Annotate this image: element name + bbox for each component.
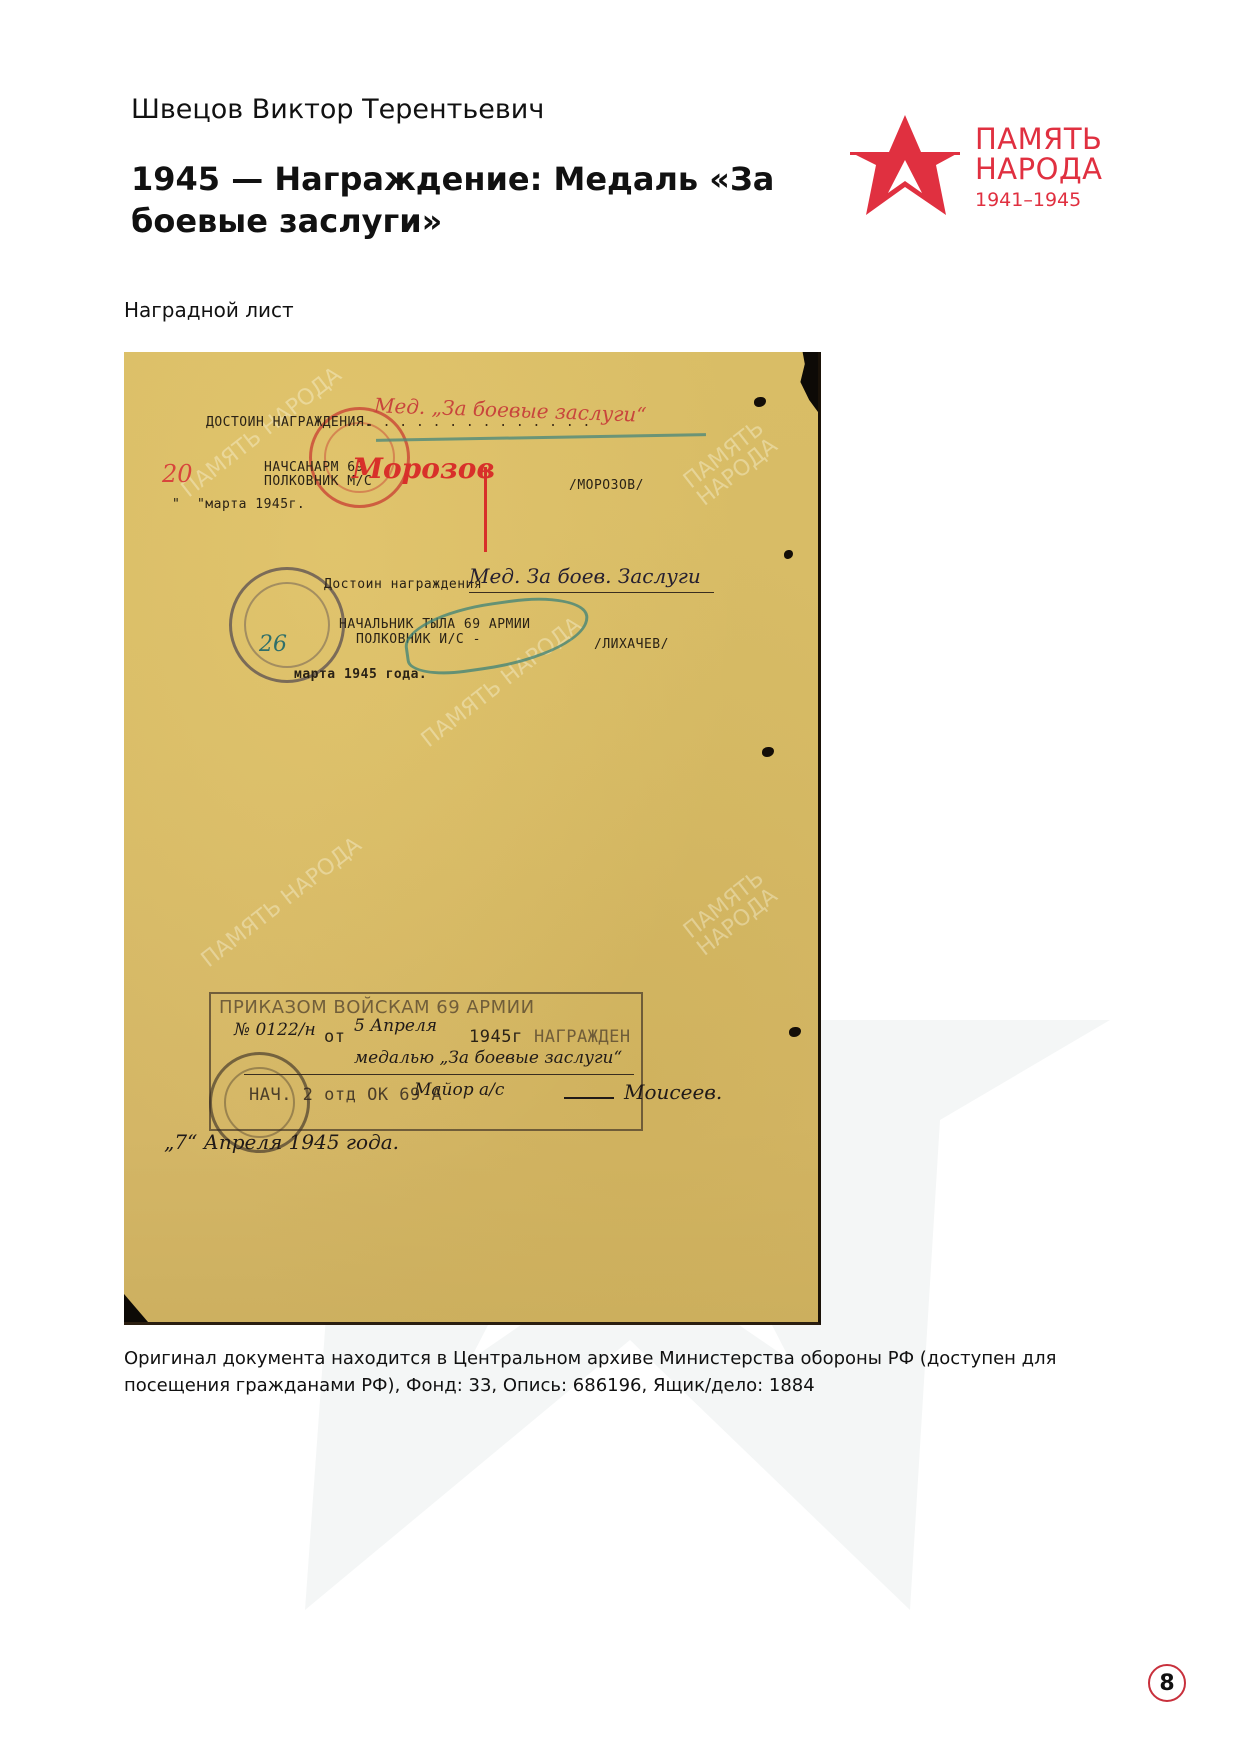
pamyat-naroda-logo[interactable]: ПАМЯТЬ НАРОДА 1941–1945 [850, 115, 1130, 225]
paper-watermark: ПАМЯТЬ НАРОДА [198, 834, 366, 972]
final-date-handwritten: „7“ Апреля 1945 года. [164, 1130, 399, 1154]
typed-position-1: НАЧСАНАРМ 69 [264, 460, 364, 475]
underline-blue [376, 433, 706, 442]
typed-name-2: /ЛИХАЧЕВ/ [594, 637, 669, 652]
stamp-from: от [324, 1027, 345, 1047]
punch-hole [784, 550, 793, 559]
rank-handwritten: Майор а/с [414, 1080, 504, 1100]
typed-date-2: марта 1945 года. [294, 667, 427, 682]
typed-date: " "марта 1945г. [172, 497, 305, 512]
stamp-line-1: ПРИКАЗОМ ВОЙСКАМ 69 АРМИИ [219, 997, 535, 1018]
stamp-awarded: НАГРАЖДЕН [534, 1027, 631, 1047]
date-day-teal: 26 [259, 632, 287, 657]
medal-handwritten: медалью „За боевые заслуги“ [354, 1048, 622, 1068]
document-label: Наградной лист [124, 298, 294, 322]
archive-caption: Оригинал документа находится в Центральн… [124, 1345, 1104, 1399]
typed-worthy: ДОСТОИН НАГРАЖДЕНИЯ. [206, 415, 373, 430]
page-number: 8 [1148, 1664, 1186, 1702]
logo-line-1: ПАМЯТЬ [975, 124, 1102, 154]
stamp-year: 1945г [469, 1027, 523, 1047]
handwritten-award-2: Мед. За боев. Заслуги [469, 564, 701, 588]
paper-tear [124, 1294, 148, 1322]
paper-tear [796, 352, 818, 412]
punch-hole [762, 747, 774, 757]
award-sheet-scan[interactable]: ПАМЯТЬ НАРОДА ПАМЯТЬ НАРОДА ПАМЯТЬ НАРОД… [124, 352, 821, 1325]
order-date: 5 Апреля [354, 1016, 437, 1036]
person-name: Швецов Виктор Терентьевич [131, 94, 544, 125]
signature-stroke [484, 467, 487, 552]
date-day-red: 20 [162, 460, 193, 488]
signature-teal [400, 589, 593, 680]
typed-name: /МОРОЗОВ/ [569, 478, 644, 493]
logo-line-2: НАРОДА [975, 154, 1102, 184]
signature-red: Морозов [352, 452, 495, 485]
order-number: № 0122/н [234, 1020, 316, 1040]
punch-hole [754, 397, 766, 407]
underline [244, 1074, 634, 1075]
paper-watermark: ПАМЯТЬ НАРОДА [649, 843, 813, 985]
signer-name: Моисеев. [624, 1080, 722, 1104]
paper-watermark: ПАМЯТЬ НАРОДА [649, 393, 813, 535]
underline [469, 592, 714, 593]
dash [564, 1097, 614, 1099]
page-title: 1945 — Награждение: Медаль «За боевые за… [131, 158, 811, 242]
typed-worthy-2: Достоин награждения [324, 577, 482, 592]
star-icon [850, 115, 960, 220]
punch-hole [789, 1027, 801, 1037]
logo-years: 1941–1945 [975, 186, 1102, 214]
